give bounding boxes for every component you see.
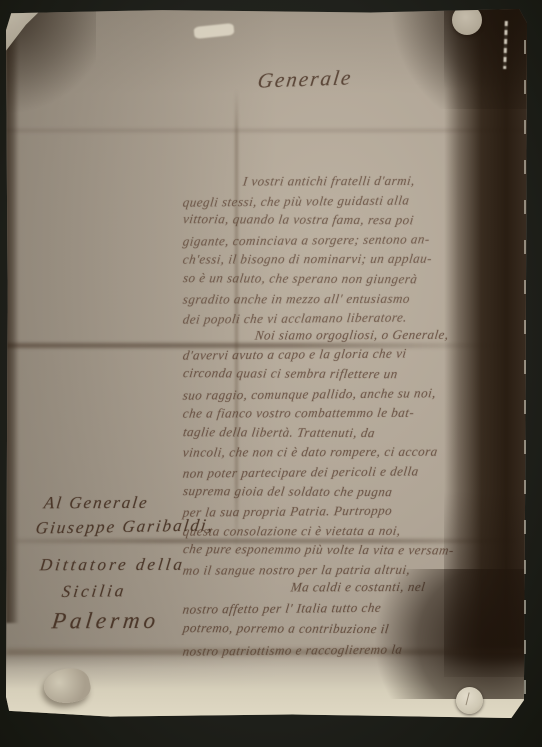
address-line: Al Generale xyxy=(43,491,216,516)
handwriting-line: sgradito anche in mezzo all' entusiasmo xyxy=(182,288,529,309)
crease-fold-top xyxy=(6,129,527,132)
address-block: Al Generale Giuseppe Garibaldi, Dittator… xyxy=(36,491,214,633)
round-paper-sticker xyxy=(456,687,483,714)
left-edge-shadow xyxy=(6,23,19,623)
handwriting-line: Ma caldi e costanti, nel xyxy=(290,576,530,598)
torn-edge-scratch xyxy=(524,40,526,700)
handwriting-line: taglie della libertà. Trattenuti, da xyxy=(182,422,529,443)
handwriting-line: vincoli, che non ci è dato rompere, ci a… xyxy=(182,442,529,463)
top-right-vignette xyxy=(366,9,527,109)
paper-bottom-edge xyxy=(6,654,527,718)
torn-corner xyxy=(5,8,43,52)
handwriting-line: che a fianco vostro combattemmo le bat- xyxy=(182,403,529,424)
handwriting-line: nostro patriottismo e raccoglieremo la xyxy=(182,638,530,662)
body-paragraph-2: Noi siamo orgogliosi, o Generale, d'aver… xyxy=(183,325,528,580)
photo-mount-background: Generale I vostri antichi fratelli d'arm… xyxy=(0,0,542,747)
handwriting-line: so è un saluto, che sperano non giungerà xyxy=(182,268,529,289)
body-paragraph-1: I vostri antichi fratelli d'armi, quegli… xyxy=(183,171,528,328)
letter-photograph: Generale I vostri antichi fratelli d'arm… xyxy=(6,9,527,718)
emulsion-scratch xyxy=(503,21,508,69)
address-line: Giuseppe Garibaldi, xyxy=(34,513,215,540)
letter-body: I vostri antichi fratelli d'armi, quegli… xyxy=(183,171,528,660)
address-line: Dittatore della xyxy=(39,553,216,578)
paper-curl xyxy=(41,665,93,708)
handwriting-line: suo raggio, comunque pallido, anche su n… xyxy=(182,382,530,405)
handwriting-line: che pure esponemmo più volte la vita e v… xyxy=(182,539,529,560)
handwriting-line: questa consolazione ci è vietata a noi, xyxy=(182,520,529,541)
handwriting-line: non poter partecipare dei pericoli e del… xyxy=(182,460,530,483)
salutation-generale: Generale xyxy=(256,65,354,93)
handwriting-line: vittoria, quando la vostra fama, resa po… xyxy=(182,209,529,230)
handwriting-line: circonda quasi ci sembra riflettere un xyxy=(182,363,529,384)
handwriting-line: suprema gioia del soldato che pugna xyxy=(182,481,529,502)
handwriting-line: d'avervi avuto a capo e la gloria che vi xyxy=(182,343,530,366)
body-paragraph-3: Ma caldi e costanti, nel nostro affetto … xyxy=(183,576,528,660)
top-left-vignette xyxy=(6,9,96,129)
wafer-seal-circle xyxy=(452,5,482,35)
handwriting-line: per la sua propria Patria. Purtroppo xyxy=(182,499,530,522)
emulsion-scuff xyxy=(193,23,234,39)
handwriting-line: ch'essi, il bisogno di nominarvi; un app… xyxy=(182,249,529,270)
address-line: Palermo xyxy=(51,609,216,634)
handwriting-line: I vostri antichi fratelli d'armi, xyxy=(242,171,529,192)
address-line: Sicilia xyxy=(60,578,215,604)
